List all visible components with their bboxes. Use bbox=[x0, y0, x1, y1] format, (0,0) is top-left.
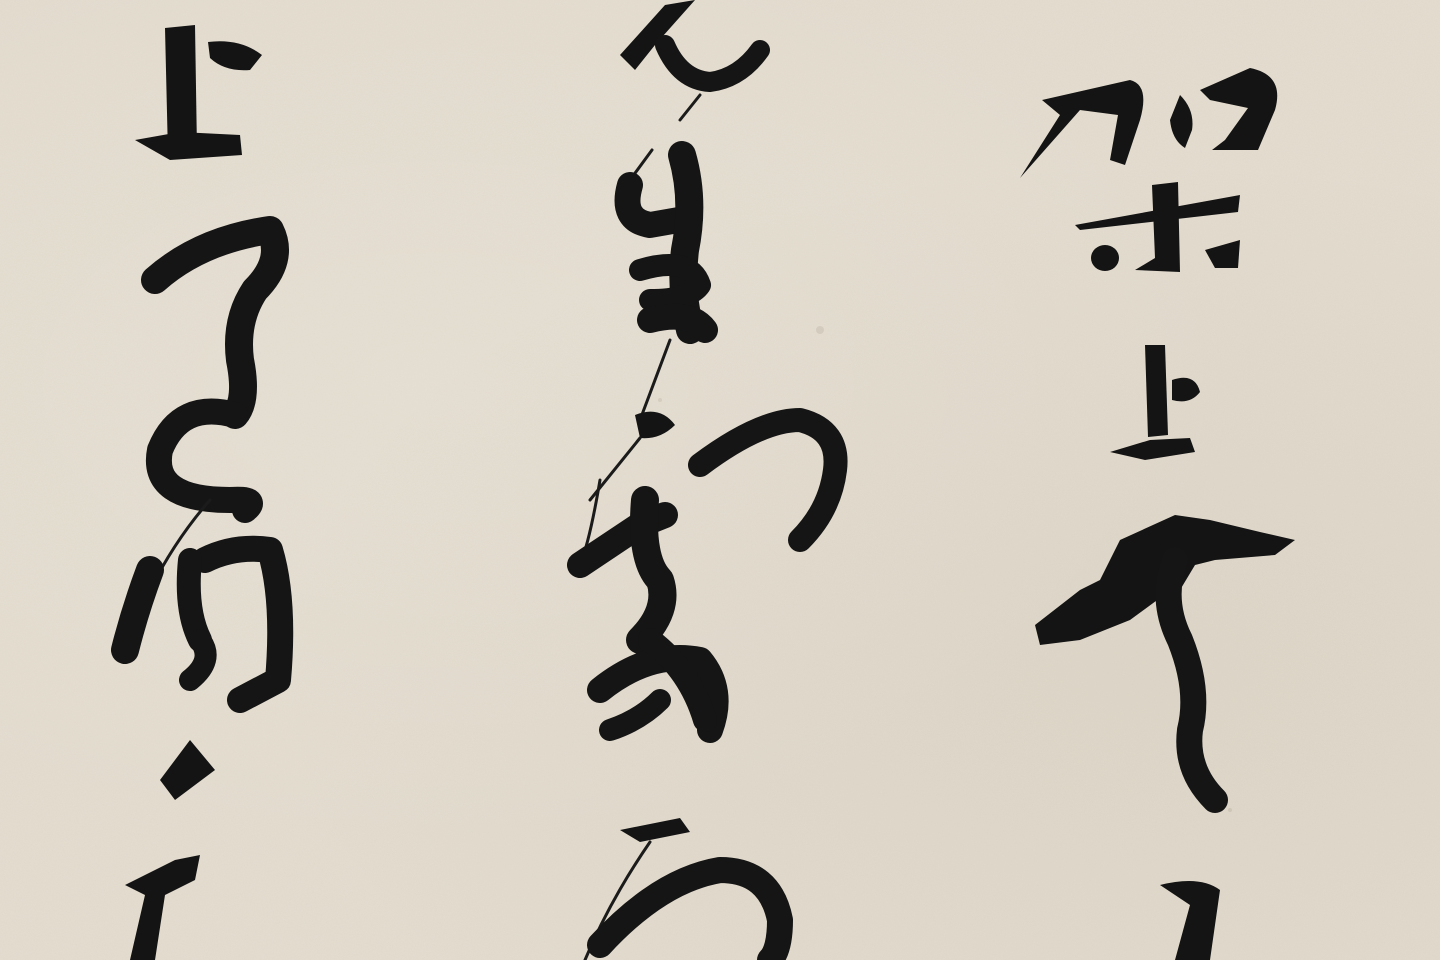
character-partial-middle-top bbox=[620, 0, 760, 120]
character-partial-right bbox=[1160, 881, 1220, 960]
character-fu bbox=[125, 500, 280, 800]
character-shang-left bbox=[135, 25, 262, 160]
middle-column bbox=[580, 0, 836, 960]
character-partial-middle-bottom bbox=[585, 818, 780, 960]
character-shu bbox=[1035, 515, 1295, 800]
left-column bbox=[125, 25, 280, 960]
right-column bbox=[1020, 68, 1295, 960]
character-cursive-left bbox=[155, 230, 275, 510]
calligraphy-artwork: Chinese cursive script (caoshu) calligra… bbox=[0, 0, 1440, 960]
character-shang-right bbox=[1110, 345, 1200, 460]
character-partial-left-bottom bbox=[125, 855, 200, 960]
character-sheng bbox=[590, 150, 705, 500]
character-jia bbox=[1020, 68, 1277, 272]
